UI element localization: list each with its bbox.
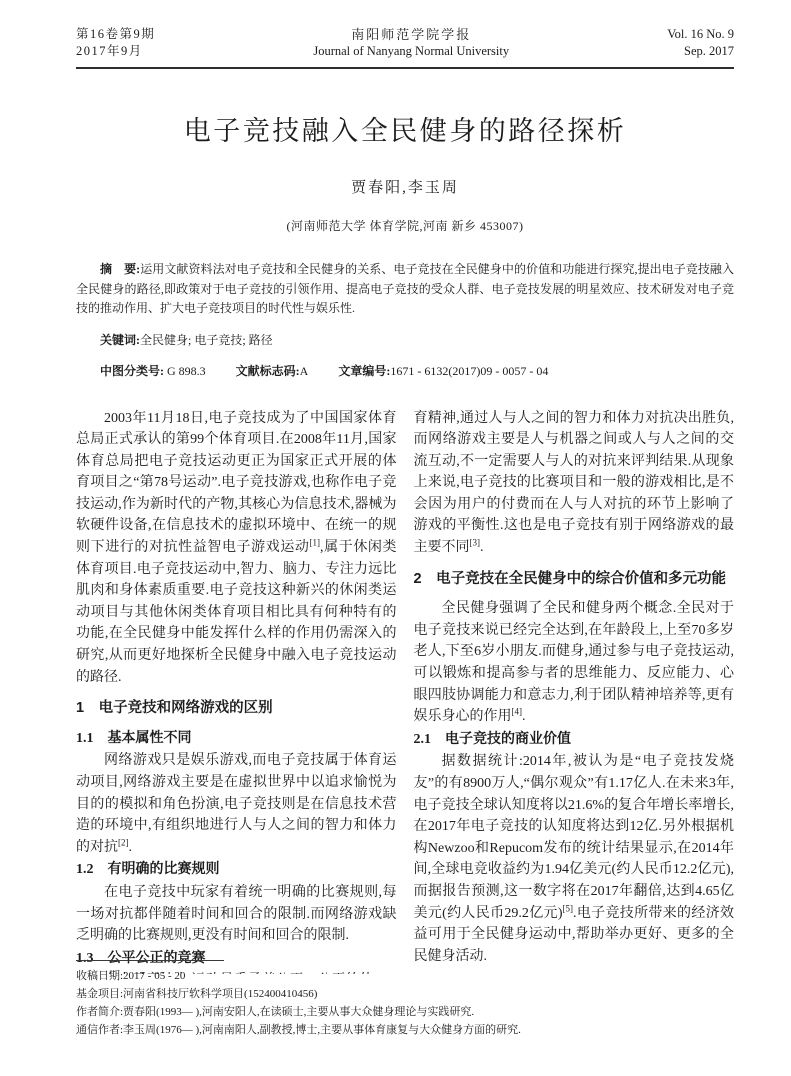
article-id-item: 文章编号:1671 - 6132(2017)09 - 0057 - 04 (338, 364, 548, 378)
section-1-1-heading: 1.1 基本属性不同 (76, 728, 397, 750)
keywords-text: 全民健身; 电子竞技; 路径 (140, 333, 273, 347)
article-affiliation: (河南师范大学 体育学院,河南 新乡 453007) (76, 217, 734, 234)
footnote-divider (76, 960, 224, 961)
footnotes-block: 收稿日期:2017 - 05 - 20 基金项目:河南省科技厅软科学项目(152… (76, 960, 734, 1039)
issue-date-en: Sep. 2017 (667, 43, 734, 60)
section-2-heading: 2 电子竞技在全民健身中的综合价值和多元功能 (414, 569, 735, 591)
article-id-label: 文章编号: (338, 364, 390, 378)
abstract-paragraph: 摘 要:运用文献资料法对电子竞技和全民健身的关系、电子竞技在全民健身中的价值和功… (76, 260, 734, 319)
section-1-2-heading: 1.2 有明确的比赛规则 (76, 859, 397, 881)
abstract-label: 摘 要: (100, 262, 140, 276)
section-1-3-paragraph-continued: 育精神,通过人与人之间的智力和体力对抗决出胜负,而网络游戏主要是人与机器之间或人… (414, 408, 735, 559)
section-2-paragraph: 全民健身强调了全民和健身两个概念.全民对于电子竞技来说已经完全达到,在年龄段上,… (414, 598, 735, 728)
journal-name-cn: 南阳师范学院学报 (155, 26, 667, 43)
header-journal-block: 南阳师范学院学报 Journal of Nanyang Normal Unive… (155, 26, 667, 60)
issue-number-cn: 第16卷第9期 (76, 26, 155, 43)
body-columns: 2003年11月18日,电子竞技成为了中国国家体育总局正式承认的第99个体育项目… (76, 408, 734, 974)
clc-label: 中图分类号: (100, 364, 164, 378)
doc-code-value: A (300, 364, 309, 378)
clc-value: G 898.3 (164, 364, 206, 378)
header-issue-block: 第16卷第9期 2017年9月 (76, 26, 155, 60)
right-column: 育精神,通过人与人之间的智力和体力对抗决出胜负,而网络游戏主要是人与机器之间或人… (414, 408, 735, 974)
journal-name-en: Journal of Nanyang Normal University (155, 43, 667, 60)
section-2-1-heading: 2.1 电子竞技的商业价值 (414, 729, 735, 751)
article-authors: 贾春阳,李玉周 (76, 176, 734, 197)
volume-number-en: Vol. 16 No. 9 (667, 26, 734, 43)
doc-code-label: 文献标志码: (236, 364, 300, 378)
keywords-line: 关键词:全民健身; 电子竞技; 路径 (76, 331, 734, 351)
section-1-1-paragraph: 网络游戏只是娱乐游戏,而电子竞技属于体育运动项目,网络游戏主要是在虚拟世界中以追… (76, 750, 397, 858)
doc-code-item: 文献标志码:A (236, 364, 309, 378)
article-title: 电子竞技融入全民健身的路径探析 (76, 109, 734, 148)
clc-item: 中图分类号: G 898.3 (100, 364, 206, 378)
section-1-heading: 1 电子竞技和网络游戏的区别 (76, 698, 397, 720)
left-column: 2003年11月18日,电子竞技成为了中国国家体育总局正式承认的第99个体育项目… (76, 408, 397, 974)
intro-paragraph: 2003年11月18日,电子竞技成为了中国国家体育总局正式承认的第99个体育项目… (76, 408, 397, 689)
issue-date-cn: 2017年9月 (76, 43, 155, 60)
footnote-fund-project: 基金项目:河南省科技厅软科学项目(152400410456) (76, 985, 734, 1003)
footnote-corresponding-author: 通信作者:李玉周(1976— ),河南南阳人,副教授,博士,主要从事体育康复与大… (76, 1021, 734, 1039)
article-meta-line: 中图分类号: G 898.3文献标志码:A文章编号:1671 - 6132(20… (76, 362, 734, 382)
header-divider (76, 67, 734, 69)
journal-page: 第16卷第9期 2017年9月 南阳师范学院学报 Journal of Nany… (0, 0, 791, 1076)
journal-header: 第16卷第9期 2017年9月 南阳师范学院学报 Journal of Nany… (76, 26, 734, 60)
footnote-received-date: 收稿日期:2017 - 05 - 20 (76, 967, 734, 985)
footnote-author-bio: 作者简介:贾春阳(1993— ),河南安阳人,在读硕士,主要从事大众健身理论与实… (76, 1003, 734, 1021)
keywords-label: 关键词: (100, 333, 140, 347)
abstract-text: 运用文献资料法对电子竞技和全民健身的关系、电子竞技在全民健身中的价值和功能进行探… (76, 262, 734, 315)
section-2-1-paragraph: 据数据统计:2014年,被认为是“电子竞技发烧友”的有8900万人,“偶尔观众”… (414, 751, 735, 967)
section-1-2-paragraph: 在电子竞技中玩家有着统一明确的比赛规则,每一场对抗都伴随着时间和回合的限制.而网… (76, 882, 397, 947)
header-volume-block: Vol. 16 No. 9 Sep. 2017 (667, 26, 734, 60)
article-id-value: 1671 - 6132(2017)09 - 0057 - 04 (390, 364, 548, 378)
